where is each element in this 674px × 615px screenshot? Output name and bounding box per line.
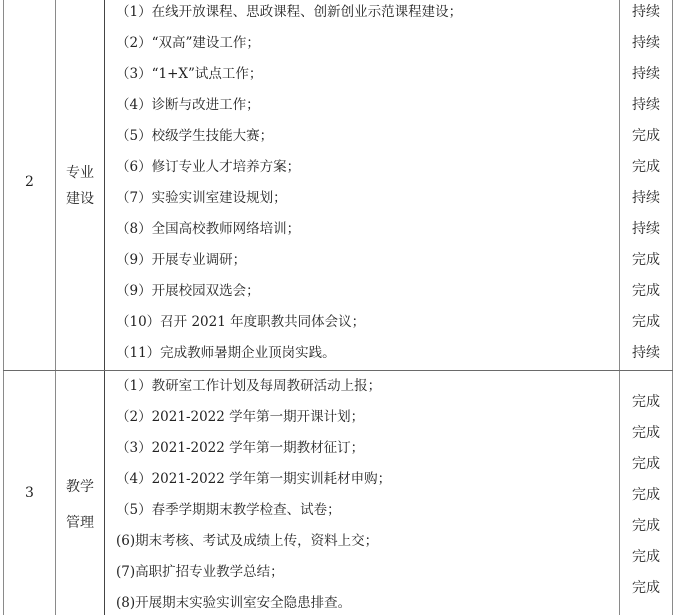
section-category: 专业 建设 xyxy=(56,160,104,212)
column-divider-category xyxy=(104,0,105,615)
category-line: 管理 xyxy=(56,505,104,541)
status-badge: 持续 xyxy=(620,33,672,53)
status-badge: 完成 xyxy=(620,423,672,443)
task-item: （2）“双高”建设工作； xyxy=(116,33,260,53)
task-item: （10）召开 2021 年度职教共同体会议； xyxy=(116,312,365,332)
task-item: （9）开展专业调研； xyxy=(116,250,246,270)
task-item: （5）春季学期期末教学检查、试卷； xyxy=(116,500,341,520)
table-border-left xyxy=(3,0,4,615)
status-badge: 完成 xyxy=(620,392,672,412)
status-badge: 完成 xyxy=(620,312,672,332)
table-border-right xyxy=(672,0,673,615)
task-item: （3）“1+X”试点工作； xyxy=(116,64,262,84)
section-number: 3 xyxy=(4,485,55,501)
status-badge: 完成 xyxy=(620,454,672,474)
task-item: (8)开展期末实验实训室安全隐患排查。 xyxy=(116,593,351,613)
work-plan-table: 2 专业 建设 （1）在线开放课程、思政课程、创新创业示范课程建设； （2）“双… xyxy=(0,0,674,615)
task-item: （9）开展校园双选会； xyxy=(116,281,260,301)
task-item: （6）修订专业人才培养方案； xyxy=(116,157,300,177)
task-item: （4）2021-2022 学年第一期实训耗材申购； xyxy=(116,469,391,489)
status-badge: 完成 xyxy=(620,547,672,567)
task-item: （1）教研室工作计划及每周教研活动上报； xyxy=(116,376,381,396)
status-badge: 持续 xyxy=(620,2,672,22)
status-badge: 完成 xyxy=(620,578,672,598)
section-category: 教学 管理 xyxy=(56,469,104,541)
status-badge: 持续 xyxy=(620,343,672,363)
task-item: （4）诊断与改进工作； xyxy=(116,95,260,115)
task-item: （11）完成教师暑期企业顶岗实践。 xyxy=(116,343,336,363)
category-line: 教学 xyxy=(56,469,104,505)
task-item: （7）实验实训室建设规划； xyxy=(116,188,287,208)
status-badge: 完成 xyxy=(620,126,672,146)
task-item: （3）2021-2022 学年第一期教材征订； xyxy=(116,438,364,458)
status-badge: 完成 xyxy=(620,516,672,536)
row-divider xyxy=(3,370,673,371)
task-item: （2）2021-2022 学年第一期开课计划； xyxy=(116,407,364,427)
status-badge: 完成 xyxy=(620,485,672,505)
status-badge: 持续 xyxy=(620,64,672,84)
task-item: （8）全国高校教师网络培训； xyxy=(116,219,300,239)
task-item: (7)高职扩招专业教学总结； xyxy=(116,562,284,582)
task-item: （5）校级学生技能大赛； xyxy=(116,126,273,146)
category-line: 专业 xyxy=(56,160,104,186)
task-item: （1）在线开放课程、思政课程、创新创业示范课程建设； xyxy=(116,2,462,22)
status-badge: 持续 xyxy=(620,95,672,115)
task-item: (6)期末考核、考试及成绩上传，资料上交； xyxy=(116,531,378,551)
category-line: 建设 xyxy=(56,186,104,212)
status-badge: 完成 xyxy=(620,281,672,301)
status-badge: 完成 xyxy=(620,250,672,270)
status-badge: 持续 xyxy=(620,188,672,208)
status-badge: 完成 xyxy=(620,157,672,177)
section-number: 2 xyxy=(4,174,55,190)
status-badge: 持续 xyxy=(620,219,672,239)
